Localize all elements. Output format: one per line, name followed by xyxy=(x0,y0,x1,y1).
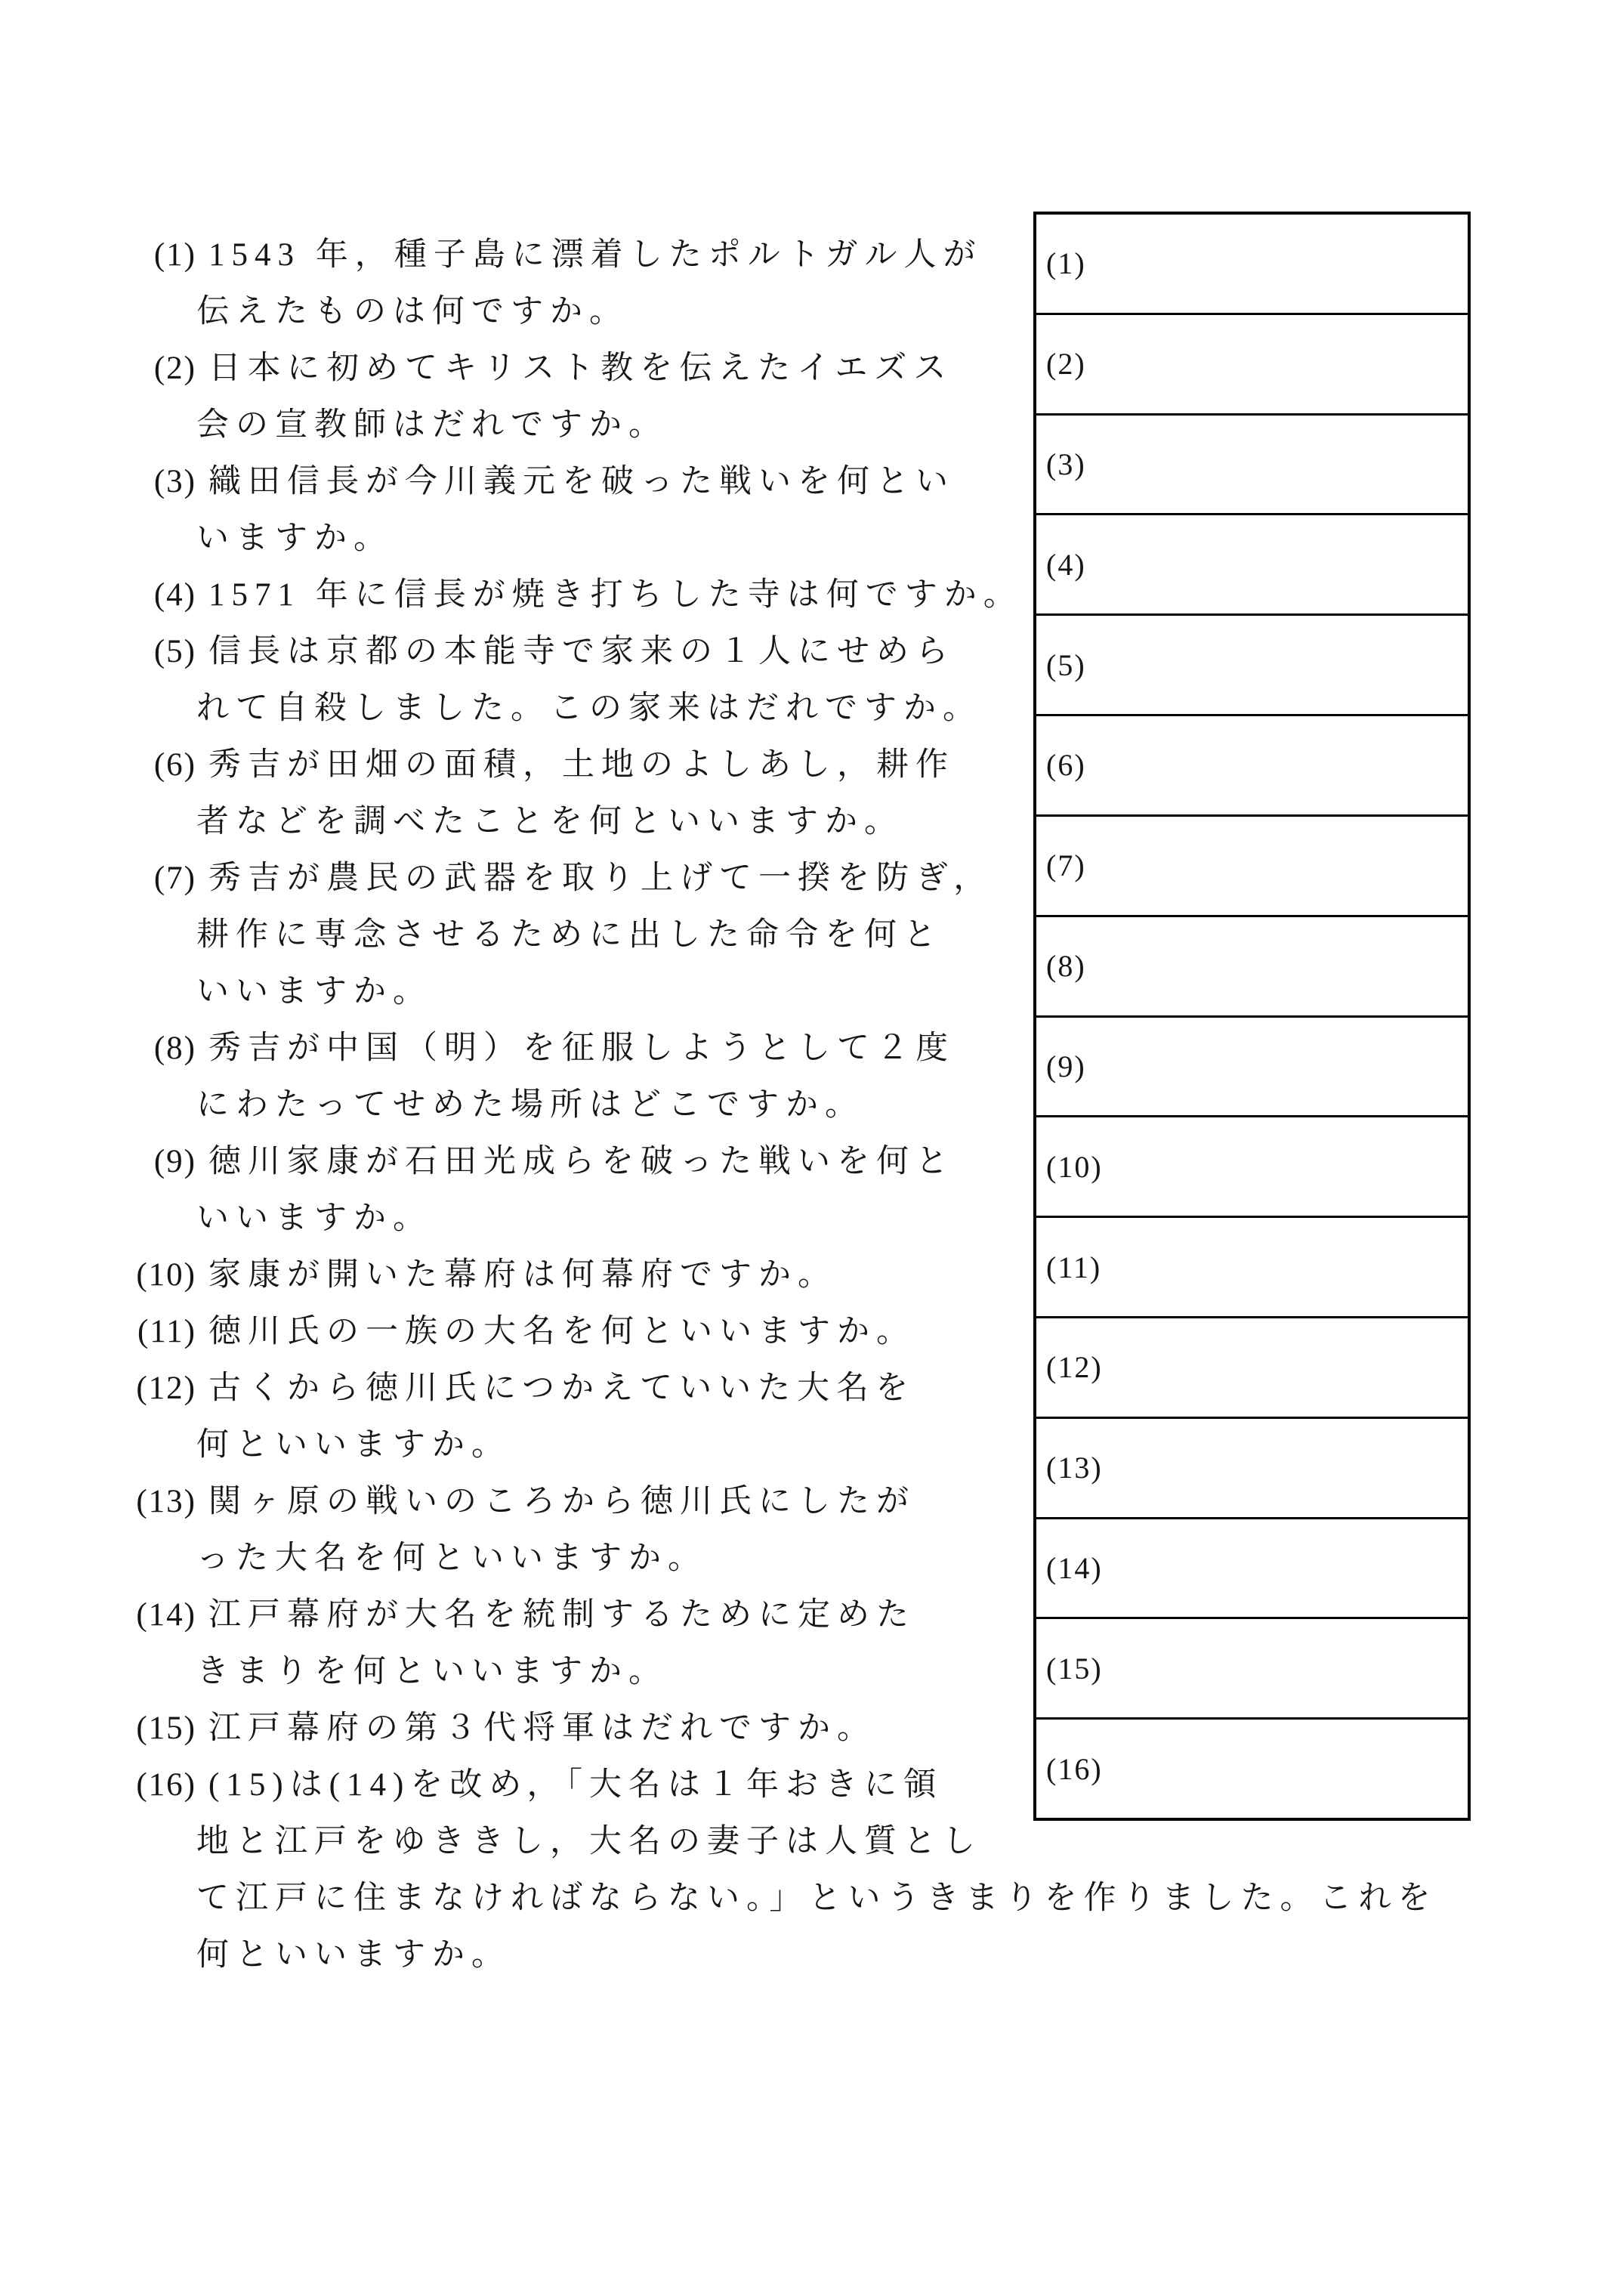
answer-cell xyxy=(1086,416,1468,514)
question-marker: (13) xyxy=(91,1473,196,1530)
question-text: 日本に初めてキリスト教を伝えたイエズス xyxy=(208,351,952,386)
question-marker: (4) xyxy=(91,567,196,623)
question-marker: (11) xyxy=(91,1303,196,1360)
question-marker: (2) xyxy=(91,340,196,397)
question-line: 地と江戸をゆききし，大名の妻子は人質とし xyxy=(91,1813,1437,1870)
question-text: 家康が開いた幕府は何幕府ですか。 xyxy=(208,1257,837,1293)
question-text: 信長は京都の本能寺で家来の１人にせめら xyxy=(208,634,955,669)
answer-row: (2) xyxy=(1036,313,1468,413)
question-marker: (14) xyxy=(91,1587,196,1643)
question-marker: (1) xyxy=(91,227,196,283)
answer-table: (1)(2)(3)(4)(5)(6)(7)(8)(9)(10)(11)(12)(… xyxy=(1033,212,1471,1821)
question-marker: (5) xyxy=(91,623,196,680)
answer-row-label: (5) xyxy=(1046,647,1086,683)
answer-cell xyxy=(1103,1419,1468,1517)
answer-row: (15) xyxy=(1036,1617,1468,1717)
question-text: 古くから徳川氏につかえていいた大名を xyxy=(208,1371,915,1406)
answer-row: (3) xyxy=(1036,413,1468,514)
answer-cell xyxy=(1086,616,1468,714)
question-marker: (8) xyxy=(91,1020,196,1077)
answer-row-label: (1) xyxy=(1046,246,1086,281)
question-text: 江戸幕府の第３代将軍はだれですか。 xyxy=(208,1710,876,1746)
question-marker: (9) xyxy=(91,1133,196,1190)
answer-row-label: (16) xyxy=(1046,1751,1103,1787)
answer-row: (1) xyxy=(1036,215,1468,313)
answer-row: (13) xyxy=(1036,1417,1468,1517)
question-text: 1571 年に信長が焼き打ちした寺は何ですか。 xyxy=(208,577,1023,613)
question-marker: (3) xyxy=(91,453,196,510)
worksheet-page: (1)1543 年，種子島に漂着したポルトガル人が伝えたものは何ですか。(2)日… xyxy=(0,0,1624,2293)
answer-row: (8) xyxy=(1036,915,1468,1015)
answer-row-label: (3) xyxy=(1046,447,1086,482)
question-line: 何といいますか。 xyxy=(91,1927,1437,1983)
answer-cell xyxy=(1103,1318,1468,1417)
question-text: (15)は(14)を改め，「大名は１年おきに領 xyxy=(208,1767,943,1803)
answer-cell xyxy=(1103,1117,1468,1216)
question-text: 関ヶ原の戦いのころから徳川氏にしたが xyxy=(208,1484,915,1519)
answer-row-label: (14) xyxy=(1046,1550,1103,1586)
question-marker: (16) xyxy=(91,1757,196,1813)
answer-cell xyxy=(1103,1619,1468,1717)
question-marker: (12) xyxy=(91,1360,196,1417)
answer-row-label: (7) xyxy=(1046,848,1086,883)
question-marker: (7) xyxy=(91,850,196,907)
answer-cell xyxy=(1086,917,1468,1015)
answer-row-label: (11) xyxy=(1046,1250,1101,1285)
question-text: 秀吉が農民の武器を取り上げて一揆を防ぎ， xyxy=(208,861,993,896)
question-line: て江戸に住まなければならない。」というきまりを作りました。これを xyxy=(91,1870,1437,1927)
question-text: 1543 年，種子島に漂着したポルトガル人が xyxy=(208,237,982,273)
answer-cell xyxy=(1103,1720,1468,1818)
answer-row-label: (8) xyxy=(1046,948,1086,984)
answer-cell xyxy=(1101,1218,1468,1316)
answer-row: (6) xyxy=(1036,714,1468,814)
answer-row: (12) xyxy=(1036,1316,1468,1417)
answer-row-label: (9) xyxy=(1046,1049,1086,1084)
answer-row: (7) xyxy=(1036,814,1468,915)
answer-cell xyxy=(1103,1519,1468,1618)
answer-row-label: (15) xyxy=(1046,1651,1103,1686)
answer-row: (10) xyxy=(1036,1115,1468,1216)
answer-row-label: (12) xyxy=(1046,1349,1103,1385)
answer-row: (4) xyxy=(1036,513,1468,613)
question-marker: (15) xyxy=(91,1700,196,1757)
answer-row-label: (6) xyxy=(1046,747,1086,783)
question-marker: (6) xyxy=(91,737,196,793)
answer-row: (5) xyxy=(1036,613,1468,714)
answer-cell xyxy=(1086,315,1468,413)
question-text: 徳川氏の一族の大名を何といいますか。 xyxy=(208,1314,915,1349)
answer-row: (9) xyxy=(1036,1015,1468,1116)
answer-cell xyxy=(1086,215,1468,313)
answer-cell xyxy=(1086,515,1468,613)
answer-row: (14) xyxy=(1036,1517,1468,1618)
answer-row-label: (2) xyxy=(1046,346,1086,382)
question-text: 徳川家康が石田光成らを破った戦いを何と xyxy=(208,1144,955,1179)
answer-cell xyxy=(1086,1018,1468,1116)
answer-cell xyxy=(1086,716,1468,814)
answer-cell xyxy=(1086,817,1468,915)
question-text: 織田信長が今川義元を破った戦いを何とい xyxy=(208,464,955,499)
question-marker: (10) xyxy=(91,1247,196,1303)
question-text: 秀吉が中国（明）を征服しようとして２度 xyxy=(208,1031,955,1066)
answer-row: (16) xyxy=(1036,1717,1468,1818)
answer-row-label: (4) xyxy=(1046,547,1086,583)
question-text: 秀吉が田畑の面積，土地のよしあし，耕作 xyxy=(208,747,955,783)
answer-row-label: (13) xyxy=(1046,1450,1103,1485)
question-text: 江戸幕府が大名を統制するために定めた xyxy=(208,1597,915,1633)
answer-row: (11) xyxy=(1036,1216,1468,1316)
answer-row-label: (10) xyxy=(1046,1149,1103,1185)
